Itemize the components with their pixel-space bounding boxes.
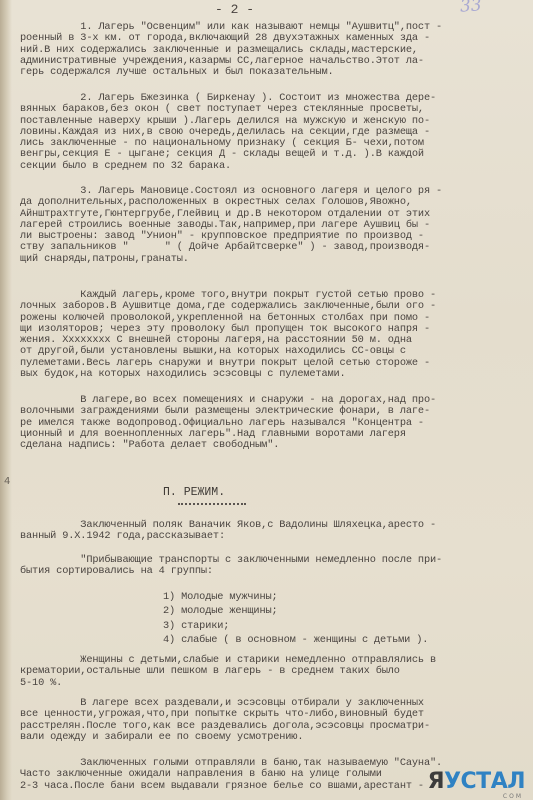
text-line: ванный 9.Х.1942 года,рассказывает:	[20, 531, 515, 542]
paragraph-birkenau-camp: 2. Лагерь Бжезинка ( Биркенау ). Состоит…	[20, 93, 515, 172]
text-line: бытия сортировались на 4 группы:	[20, 566, 515, 577]
handwritten-archive-number: 33	[459, 0, 482, 17]
text-line: секции было в среднем по 32 барака.	[20, 161, 515, 172]
text-line: сделана надпись: "Работа делает свободны…	[20, 440, 515, 451]
text-line: герь содержался лучше остальных и был по…	[20, 67, 515, 78]
watermark-prefix: Я	[428, 769, 444, 794]
text-line: вянных бараков,без окон ( свет поступает…	[20, 104, 515, 115]
site-watermark-logo: ЯУСТАЛ	[428, 771, 525, 793]
page-number: - 2 -	[215, 2, 254, 17]
watermark-domain: COM	[503, 793, 523, 800]
text-line: 1) Молодые мужчины;	[163, 590, 428, 604]
paragraph-auschwitz-camp: 1. Лагерь "Освенцим" или как называют не…	[20, 22, 515, 78]
paragraph-undressing: В лагере всех раздевали,и эсэсовцы отбир…	[20, 698, 515, 743]
paragraph-lighting-inscription: В лагере,во всех помещениях и снаружи - …	[20, 395, 515, 451]
text-line: роенный в 3-х км. от города,включающий 2…	[20, 33, 515, 44]
section-heading-regime: П. РЕЖИМ.	[163, 486, 225, 499]
paragraph-wire-fences: Каждый лагерь,кроме того,внутри покрыт г…	[20, 290, 515, 380]
document-page: - 2 - 33 4 1. Лагерь "Освенцим" или как …	[0, 0, 533, 800]
text-line: щий снаряды,патроны,гранаты.	[20, 254, 515, 265]
text-line: все ценности,угрожая,что,при попытке скр…	[20, 709, 515, 720]
margin-mark: 4	[4, 476, 10, 487]
text-line: 5-10 %.	[20, 678, 515, 689]
text-line: крематории,остальные шли пешком в лагерь…	[20, 666, 515, 677]
paragraph-witness-intro: Заключенный поляк Ваначик Яков,с Вадолин…	[20, 520, 515, 543]
paragraph-monowitz-camp: 3. Лагерь Мановице.Состоял из основного …	[20, 186, 515, 265]
text-line: вых будок,на которых находились эсэсовцы…	[20, 369, 515, 380]
text-line: лочных заборов.В Аушвитце дома,где содер…	[20, 301, 515, 312]
text-line: волочными заграждениями были размещены э…	[20, 406, 515, 417]
text-line: да дополнительных,расположенных в окрест…	[20, 197, 515, 208]
text-line: вали одежду и забирали ее по своему усмо…	[20, 732, 515, 743]
paragraph-transport-sorting: "Прибывающие транспорты с заключенными н…	[20, 555, 515, 578]
sorting-groups-list: 1) Молодые мужчины;2) молодые женщины;3)…	[163, 590, 428, 647]
paragraph-crematoria: Женщины с детьми,слабые и старики немедл…	[20, 655, 515, 689]
watermark-text: УСТАЛ	[444, 769, 525, 794]
heading-underline	[178, 503, 246, 505]
text-line: 4) слабые ( в основном - женщины с детьм…	[163, 633, 428, 647]
text-line: 2) молодые женщины;	[163, 604, 428, 618]
page-edge-shadow	[0, 0, 12, 800]
text-line: 3) старики;	[163, 619, 428, 633]
